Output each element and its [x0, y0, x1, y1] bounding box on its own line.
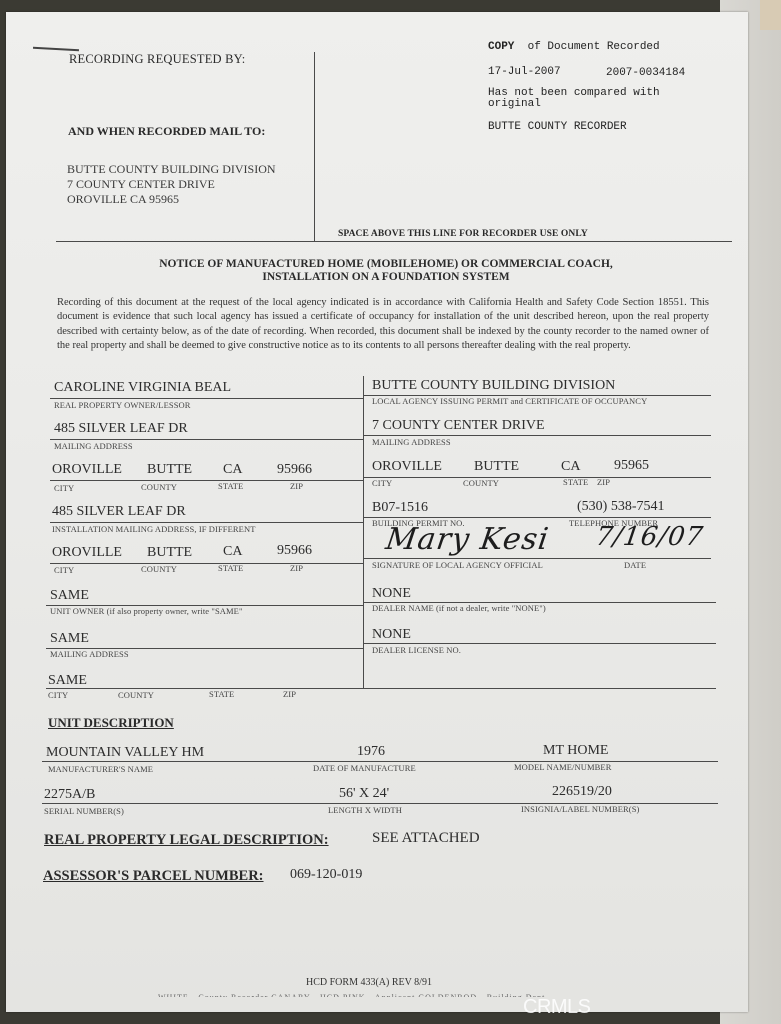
county-recorder: BUTTE COUNTY RECORDER — [488, 121, 627, 133]
date-label: DATE — [624, 560, 646, 570]
installation-state: CA — [223, 544, 242, 560]
owner-county: BUTTE — [147, 462, 192, 478]
legal-description-value: SEE ATTACHED — [372, 830, 480, 847]
city-label: CITY — [54, 565, 74, 575]
county-label: COUNTY — [463, 478, 499, 488]
length-width: 56' X 24' — [339, 786, 389, 802]
length-width-label: LENGTH X WIDTH — [328, 805, 402, 815]
rule — [42, 761, 718, 762]
not-compared-note: Has not been compared with original — [488, 88, 660, 110]
mail-to-line-3: OROVILLE CA 95965 — [67, 192, 276, 207]
apn-value: 069-120-019 — [290, 867, 362, 883]
form-center-divider — [363, 376, 364, 688]
agency-telephone: (530) 538-7541 — [577, 499, 665, 515]
rule — [363, 435, 711, 436]
unit-description-heading: UNIT DESCRIPTION — [48, 715, 174, 731]
unit-owner-label: UNIT OWNER (if also property owner, writ… — [50, 606, 243, 616]
installation-county: BUTTE — [147, 545, 192, 561]
agency-mailing-address-label: MAILING ADDRESS — [372, 437, 451, 447]
rule — [50, 398, 363, 399]
intro-paragraph: Recording of this document at the reques… — [57, 296, 709, 353]
rule — [363, 477, 711, 478]
document-title: NOTICE OF MANUFACTURED HOME (MOBILEHOME)… — [66, 258, 706, 284]
city-label: CITY — [48, 690, 68, 700]
header-divider — [314, 52, 315, 242]
agency-name: BUTTE COUNTY BUILDING DIVISION — [372, 378, 615, 394]
dealer-license-label: DEALER LICENSE NO. — [372, 645, 461, 655]
unit-owner-mailing-address: SAME — [50, 631, 89, 647]
model-name: MT HOME — [543, 743, 608, 759]
zip-label: ZIP — [290, 481, 303, 491]
county-label: COUNTY — [141, 564, 177, 574]
agency-county: BUTTE — [474, 459, 519, 475]
owner-mailing-address-label: MAILING ADDRESS — [54, 441, 133, 451]
title-line-2: INSTALLATION ON A FOUNDATION SYSTEM — [66, 271, 706, 284]
unit-owner-city-line: SAME — [48, 673, 87, 689]
insignia-label: INSIGNIA/LABEL NUMBER(S) — [521, 804, 639, 814]
not-compared-line-2: original — [488, 99, 660, 110]
owner-state: CA — [223, 462, 242, 478]
state-label: STATE — [563, 477, 588, 487]
mail-to-line-1: BUTTE COUNTY BUILDING DIVISION — [67, 162, 276, 177]
rule — [50, 522, 363, 523]
rule — [363, 643, 716, 644]
insignia-number: 226519/20 — [552, 784, 612, 800]
state-label: STATE — [209, 689, 234, 699]
document-number: 2007-0034184 — [606, 67, 685, 79]
date-of-manufacture-label: DATE OF MANUFACTURE — [313, 763, 416, 773]
agency-name-label: LOCAL AGENCY ISSUING PERMIT and CERTIFIC… — [372, 396, 647, 406]
owner-mailing-address: 485 SILVER LEAF DR — [54, 421, 188, 437]
agency-mailing-address: 7 COUNTY CENTER DRIVE — [372, 418, 545, 434]
copy-label: COPY — [488, 41, 514, 53]
recorder-stamp-title: COPY of Document Recorded — [488, 41, 660, 53]
mail-to-label: AND WHEN RECORDED MAIL TO: — [68, 124, 265, 139]
signature-label: SIGNATURE OF LOCAL AGENCY OFFICIAL — [372, 560, 543, 570]
agency-city: OROVILLE — [372, 459, 442, 475]
rule — [50, 439, 363, 440]
mail-to-address: BUTTE COUNTY BUILDING DIVISION 7 COUNTY … — [67, 162, 276, 207]
legal-description-label: REAL PROPERTY LEGAL DESCRIPTION: — [44, 832, 329, 849]
space-above-line-label: SPACE ABOVE THIS LINE FOR RECORDER USE O… — [338, 229, 588, 239]
dealer-license: NONE — [372, 627, 411, 643]
owner-name: CAROLINE VIRGINIA BEAL — [54, 380, 231, 396]
state-label: STATE — [218, 563, 243, 573]
zip-label: ZIP — [290, 563, 303, 573]
state-label: STATE — [218, 481, 243, 491]
agency-state: CA — [561, 459, 580, 475]
serial-number-label: SERIAL NUMBER(S) — [44, 806, 124, 816]
city-label: CITY — [372, 478, 392, 488]
watermark: CRMLS — [523, 996, 591, 1019]
manufacturer-label: MANUFACTURER'S NAME — [48, 764, 153, 774]
rule — [50, 563, 363, 564]
rule — [363, 558, 711, 559]
agency-zip: 95965 — [614, 458, 649, 474]
installation-city: OROVILLE — [52, 545, 122, 561]
county-label: COUNTY — [141, 482, 177, 492]
owner-name-label: REAL PROPERTY OWNER/LESSOR — [54, 400, 191, 410]
unit-owner-mailing-label: MAILING ADDRESS — [50, 649, 129, 659]
unit-owner: SAME — [50, 588, 89, 604]
mail-to-line-2: 7 COUNTY CENTER DRIVE — [67, 177, 276, 192]
rule — [50, 480, 363, 481]
zip-label: ZIP — [283, 689, 296, 699]
installation-zip: 95966 — [277, 543, 312, 559]
recorder-line — [56, 241, 732, 242]
manufacturer-name: MOUNTAIN VALLEY HM — [46, 745, 204, 761]
rule — [46, 688, 716, 689]
owner-city: OROVILLE — [52, 462, 122, 478]
recorded-document-page: RECORDING REQUESTED BY: AND WHEN RECORDE… — [6, 12, 748, 1012]
dealer-name: NONE — [372, 586, 411, 602]
dealer-name-label: DEALER NAME (if not a dealer, write "NON… — [372, 603, 546, 613]
apn-label: ASSESSOR'S PARCEL NUMBER: — [43, 868, 264, 885]
zip-label: ZIP — [597, 477, 610, 487]
document-recorded-label: of Document Recorded — [528, 41, 660, 53]
date-of-manufacture: 1976 — [357, 744, 385, 760]
agency-official-signature: Mary Kesi — [384, 522, 552, 557]
pen-mark — [33, 47, 79, 51]
city-label: CITY — [54, 483, 74, 493]
building-permit-number: B07-1516 — [372, 500, 428, 516]
title-line-1: NOTICE OF MANUFACTURED HOME (MOBILEHOME)… — [66, 258, 706, 271]
county-label: COUNTY — [118, 690, 154, 700]
model-label: MODEL NAME/NUMBER — [514, 762, 611, 772]
signature-date: 7/16/07 — [594, 522, 705, 552]
form-number: HCD FORM 433(A) REV 8/91 — [306, 977, 432, 988]
background-sheet-corner — [760, 0, 781, 30]
recording-date: 17-Jul-2007 — [488, 66, 561, 78]
owner-zip: 95966 — [277, 462, 312, 478]
recording-requested-by-label: RECORDING REQUESTED BY: — [69, 52, 245, 67]
serial-number: 2275A/B — [44, 787, 95, 803]
installation-address-label: INSTALLATION MAILING ADDRESS, IF DIFFERE… — [52, 524, 256, 534]
installation-address: 485 SILVER LEAF DR — [52, 504, 186, 520]
